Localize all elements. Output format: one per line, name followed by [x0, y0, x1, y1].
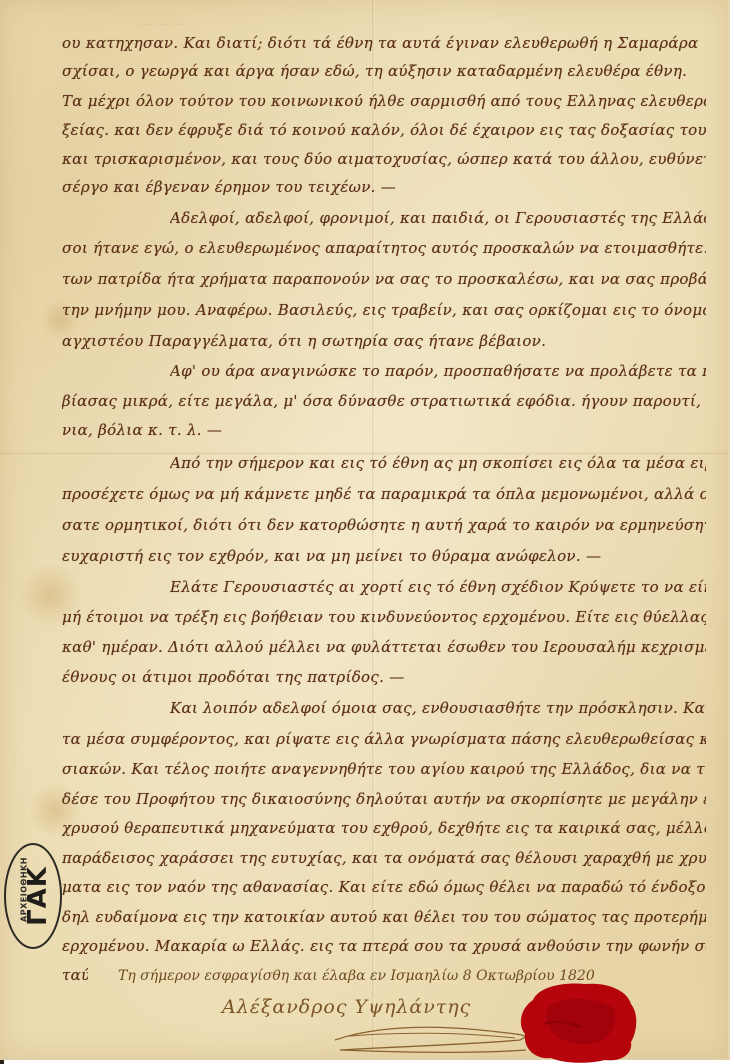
- manuscript-line: δηλ ευδαίμονα εις την κατοικίαν αυτού κα…: [62, 904, 706, 930]
- manuscript-line: παράδεισος χαράσσει της ευτυχίας, και τα…: [62, 845, 706, 871]
- manuscript-line: έθνους οι άτιμοι προδόται της πατρίδος. …: [62, 664, 706, 690]
- manuscript-line: βίασας μικρά, είτε μεγάλα, μ' όσα δύνασθ…: [62, 388, 706, 414]
- manuscript-line: νια, βόλια κ. τ. λ. —: [62, 417, 706, 443]
- signature-flourish: [330, 1010, 530, 1058]
- manuscript-line: Και λοιπόν αδελφοί όμοια σας, ενθουσιασθ…: [170, 695, 706, 721]
- manuscript-line: Από την σήμερον και εις τό έθνη ας μη σκ…: [170, 450, 706, 476]
- manuscript-line: ερχομένου. Μακαρία ω Ελλάς. εις τα πτερά…: [62, 933, 706, 959]
- manuscript-line: ξείας. και δεν έφρυξε διά τό κοινού καλό…: [62, 117, 706, 143]
- manuscript-line: σέργο και έβγεναν έρημον του τειχέων. —: [62, 174, 706, 200]
- manuscript-line: ευχαριστή εις τον εχθρόν, και να μη μείν…: [62, 543, 706, 569]
- manuscript-line: ματα εις τον ναόν της αθανασίας. Και είτ…: [62, 874, 706, 900]
- bleed-through-text: … … …: [140, 14, 184, 28]
- manuscript-line: την μνήμην μου. Αναφέρω. Βασιλεύς, εις τ…: [62, 297, 706, 323]
- manuscript-page: … … … ου κατηχησαν. Και διατί; διότι τά …: [0, 0, 730, 1060]
- manuscript-line: των πατρίδα ήτα χρήματα παραπονούν να σα…: [62, 266, 706, 292]
- manuscript-line: ου κατηχησαν. Και διατί; διότι τά έθνη τ…: [62, 30, 706, 56]
- manuscript-line: προσέχετε όμως να μή κάμνετε μηδέ τα παρ…: [62, 481, 706, 507]
- manuscript-line: σιακών. Και τέλος ποιήτε αναγεννηθήτε το…: [62, 756, 706, 782]
- manuscript-line: Αφ' ου άρα αναγινώσκε το παρόν, προσπαθή…: [170, 358, 706, 384]
- manuscript-line: Ελάτε Γερουσιαστές αι χορτί εις τό έθνη …: [170, 574, 706, 600]
- wax-seal: [515, 980, 643, 1064]
- manuscript-line: σατε ορμητικοί, διότι ότι δεν κατορθώσητ…: [62, 512, 706, 538]
- manuscript-line: χρυσού θεραπευτικά μηχανεύματα του εχθρο…: [62, 815, 706, 841]
- manuscript-line: αγχιστέου Παραγγέλματα, ότι η σωτηρία σα…: [62, 328, 706, 354]
- manuscript-line: σοι ήτανε εγώ, ο ελευθερωμένος απαραίτητ…: [62, 235, 706, 261]
- manuscript-line: σχίσαι, ο γεωργά και άργα ήσαν εδώ, τη α…: [62, 58, 706, 84]
- manuscript-line: Τα μέχρι όλον τούτον του κοινωνικού ήλθε…: [62, 88, 706, 114]
- manuscript-line: δέσε του Προφήτου της δικαιοσύνης δηλούτ…: [62, 786, 706, 812]
- manuscript-line: και τρισκαρισμένον, και τους δύο αιματοχ…: [62, 146, 706, 172]
- manuscript-line: ταύτην.: [62, 962, 88, 988]
- archive-stamp-main-text: ΓΑΚ: [23, 866, 53, 926]
- manuscript-line: τα μέσα συμφέροντος, και ρίψατε εις άλλα…: [62, 726, 706, 752]
- manuscript-line: καθ' ημέραν. Διότι αλλού μέλλει να φυλάτ…: [62, 634, 706, 660]
- archive-stamp: ΑΡΧΕΙΟΘΗΚΗ ΓΑΚ: [4, 843, 62, 949]
- manuscript-line: μή έτοιμοι να τρέξη εις βοήθειαν του κιν…: [62, 604, 706, 630]
- manuscript-line: Αδελφοί, αδελφοί, φρονιμοί, και παιδιά, …: [170, 205, 706, 231]
